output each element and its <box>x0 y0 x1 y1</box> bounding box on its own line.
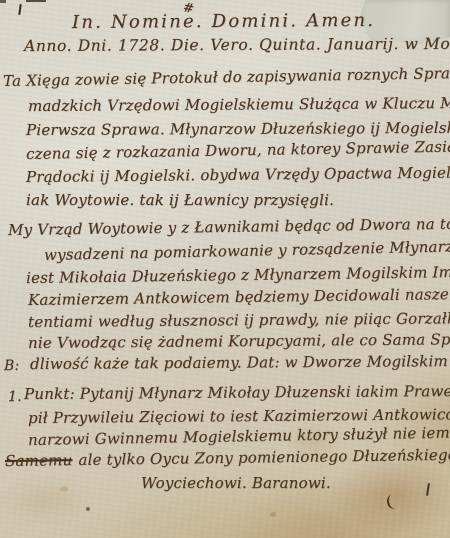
page-edge-shadow <box>26 0 46 2</box>
manuscript-line: iak Woytowie. tak ij Ławnicy przysięgli. <box>26 191 334 209</box>
manuscript-line: iest Mikołaia Dłuzeńskiego z Młynarzem M… <box>26 262 450 287</box>
struck-out-word: Samemu <box>5 451 73 470</box>
manuscript-line: My Vrząd Woytowie y z Ławnikami będąc od… <box>8 215 450 239</box>
manuscript-line: wysadzeni na pomiarkowanie y rozsądzenie… <box>44 236 450 264</box>
margin-letter-b: B: <box>4 358 19 374</box>
invocation-line: In. Nomine. Domini. Amen. <box>72 10 375 33</box>
stray-ink-arc <box>385 493 402 511</box>
ink-tick-mark <box>18 4 22 15</box>
manuscript-line: Punkt: Pytanij Młynarz Mikołay Dłuzenski… <box>24 382 450 403</box>
manuscript-line: tentiami według słusznosci ij prawdy, ni… <box>28 309 450 331</box>
manuscript-page: # In. Nomine. Domini. Amen. Anno. Dni. 1… <box>0 0 450 538</box>
stray-ink-tick <box>426 483 430 496</box>
paper-stain <box>270 512 276 517</box>
margin-point-number: 1. <box>8 389 22 405</box>
manuscript-line: czena się z rozkazania Dworu, na ktorey … <box>26 136 450 163</box>
date-line: Anno. Dni. 1728. Die. Vero. Quinta. Janu… <box>24 35 450 55</box>
manuscript-line: madzkich Vrzędowi Mogielskiemu Służąca w… <box>28 93 450 115</box>
manuscript-line: pił Przywileiu Zięciowi to iest Kazimier… <box>28 405 450 427</box>
manuscript-line: Prądocki ij Mogielski. obydwa Vrzędy Opa… <box>26 163 450 186</box>
corrected-text: ale tylko Oycu Zony pomienionego Dłuzeńs… <box>78 445 450 469</box>
closing-line: Woyciechowi. Baranowi. <box>141 474 331 492</box>
manuscript-line-with-correction: Samemuale tylko Oycu Zony pomienionego D… <box>5 445 450 470</box>
manuscript-line: Kazimierzem Antkowicem będziemy Decidowa… <box>28 284 450 309</box>
paper-stain <box>60 486 68 492</box>
manuscript-line: nie Vwodząc się żadnemi Korupcyami, ale … <box>28 330 450 352</box>
manuscript-line: dliwość każe tak podaiemy. Dat: w Dworze… <box>30 352 450 373</box>
page-edge-shadow <box>0 0 6 3</box>
manuscript-line: Ta Xięga zowie się Protokuł do zapisywan… <box>3 63 450 90</box>
manuscript-line: Pierwsza Sprawa. Młynarzow Dłuzeńskiego … <box>26 118 450 139</box>
paper-stain <box>86 507 90 511</box>
